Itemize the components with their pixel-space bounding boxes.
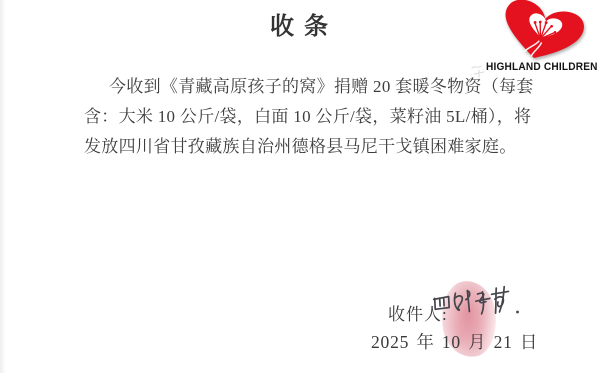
body-line-1: 今收到《青藏高原孩子的窝》捐赠 20 套暖冬物资（每套 [84,72,550,102]
org-logo: HIGHLAND CHILDREN [486,0,598,82]
body-line-3: 发放四川省甘孜藏族自治州德格县马尼干戈镇困难家庭。 [84,132,550,162]
heart-fireworks-icon [490,0,594,63]
scan-edge-shadow [0,0,6,373]
handwritten-signature [430,281,528,326]
receipt-body: 今收到《青藏高原孩子的窝》捐赠 20 套暖冬物资（每套 含：大米 10 公斤/袋… [84,72,550,162]
date-line: 2025 年 10 月 21 日 [371,329,538,354]
body-line-2: 含：大米 10 公斤/袋，白面 10 公斤/袋，菜籽油 5L/桶），将 [84,102,550,132]
receipt-document: 收条 [0,0,598,373]
